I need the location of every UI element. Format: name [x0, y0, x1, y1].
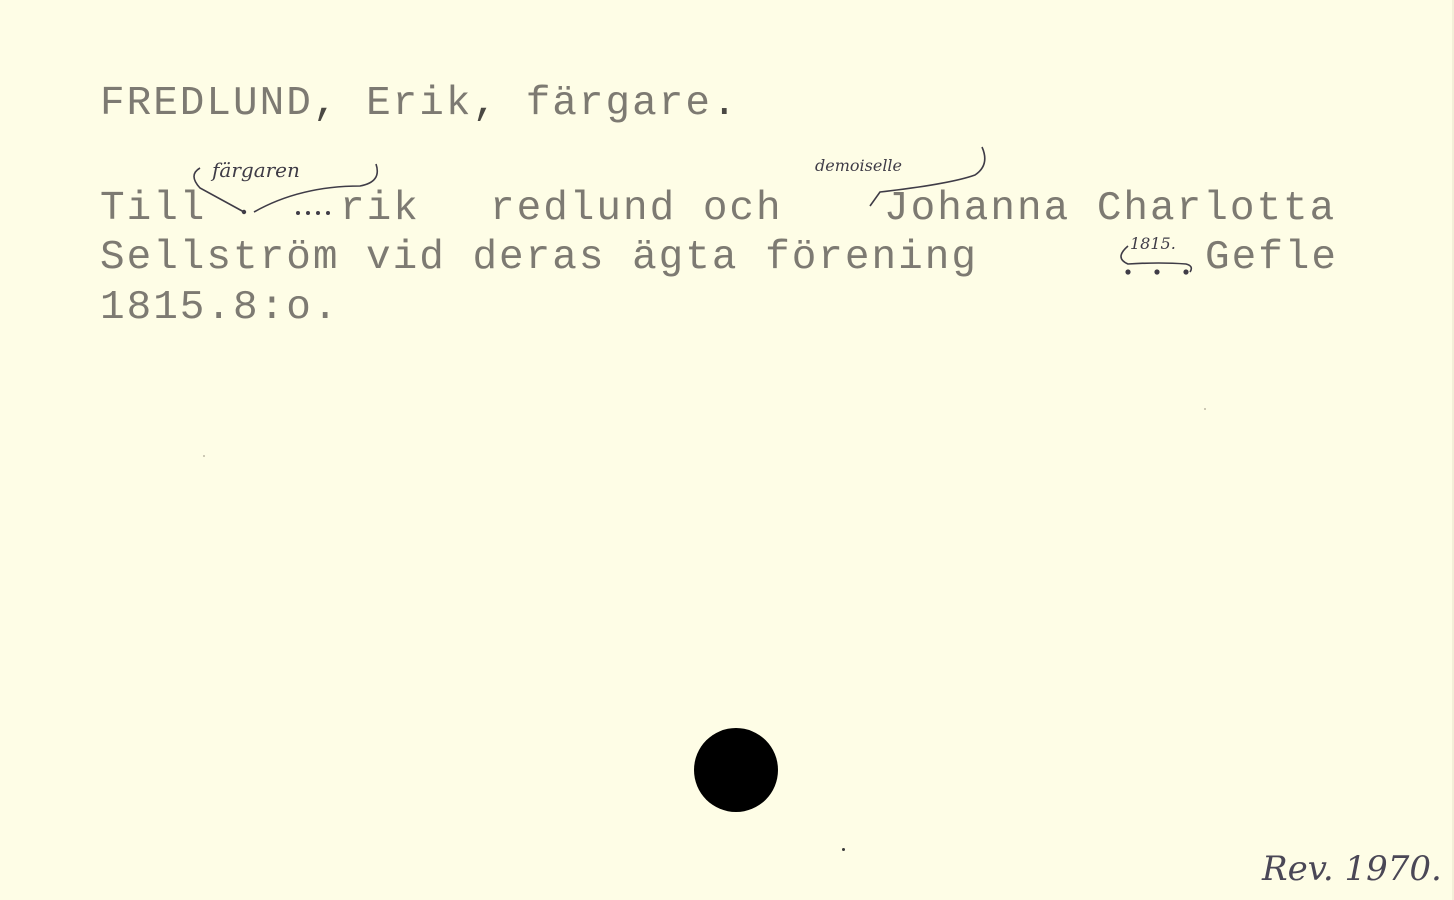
heading-occupation: färgare: [526, 81, 712, 127]
paper-speck: [842, 848, 845, 851]
catalog-card: FREDLUND, Erik, färgare. Till rik redlun…: [0, 0, 1454, 900]
paper-speck: [203, 455, 205, 457]
body-line-1-fredlund: redlund och: [490, 189, 783, 230]
body-line-3: 1815.8:o.: [100, 288, 339, 329]
card-heading: FREDLUND, Erik, färgare.: [100, 84, 739, 125]
paper-speck: [1204, 408, 1206, 410]
heading-sep2: ,: [472, 81, 525, 127]
heading-end: .: [712, 81, 739, 127]
punch-hole: [694, 728, 778, 812]
body-line-1-johanna: Johanna Charlotta: [884, 189, 1336, 230]
body-line-1-start: Till: [100, 189, 206, 230]
body-line-2-gefle: Gefle: [1205, 238, 1338, 279]
revision-note: Rev. 1970.: [1262, 852, 1442, 886]
annotation-fargaren: färgaren: [212, 160, 300, 180]
heading-sep1: ,: [313, 81, 366, 127]
body-line-2: Sellström vid deras ägta förening: [100, 238, 978, 279]
body-line-1-erik: rik: [340, 189, 446, 230]
annotation-year: 1815.: [1130, 236, 1176, 252]
heading-surname: FREDLUND: [100, 81, 313, 127]
annotation-demoiselle: demoiselle: [815, 158, 902, 174]
heading-given-name: Erik: [366, 81, 472, 127]
